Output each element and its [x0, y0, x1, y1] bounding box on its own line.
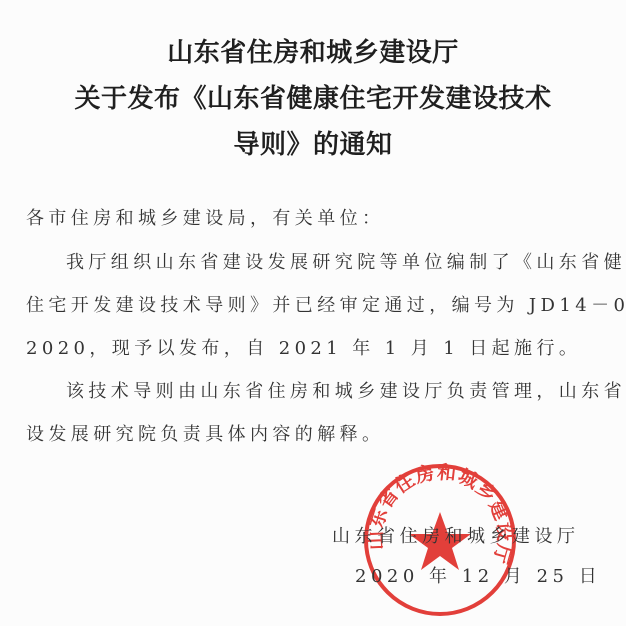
body-line-4: 该技术导则由山东省住房和城乡建设厅负责管理，山东省建 [66, 381, 626, 403]
salutation: 各市住房和城乡建设局，有关单位： [26, 208, 384, 230]
title-line-2: 关于发布《山东省健康住宅开发建设技术 [0, 84, 626, 114]
body-line-5: 设发展研究院负责具体内容的解释。 [26, 424, 384, 446]
title-line-3: 导则》的通知 [0, 130, 626, 160]
body-line-3: 2020，现予以发布，自 2021 年 1 月 1 日起施行。 [26, 338, 581, 360]
body-line-2: 住宅开发建设技术导则》并已经审定通过，编号为 JD14－055－ [26, 295, 626, 317]
title-line-1: 山东省住房和城乡建设厅 [0, 38, 626, 68]
signature-issuer: 山东省住房和城乡建设厅 [332, 526, 580, 548]
body-line-1: 我厅组织山东省建设发展研究院等单位编制了《山东省健康 [66, 252, 626, 274]
signature-date: 2020 年 12 月 25 日 [355, 566, 601, 588]
